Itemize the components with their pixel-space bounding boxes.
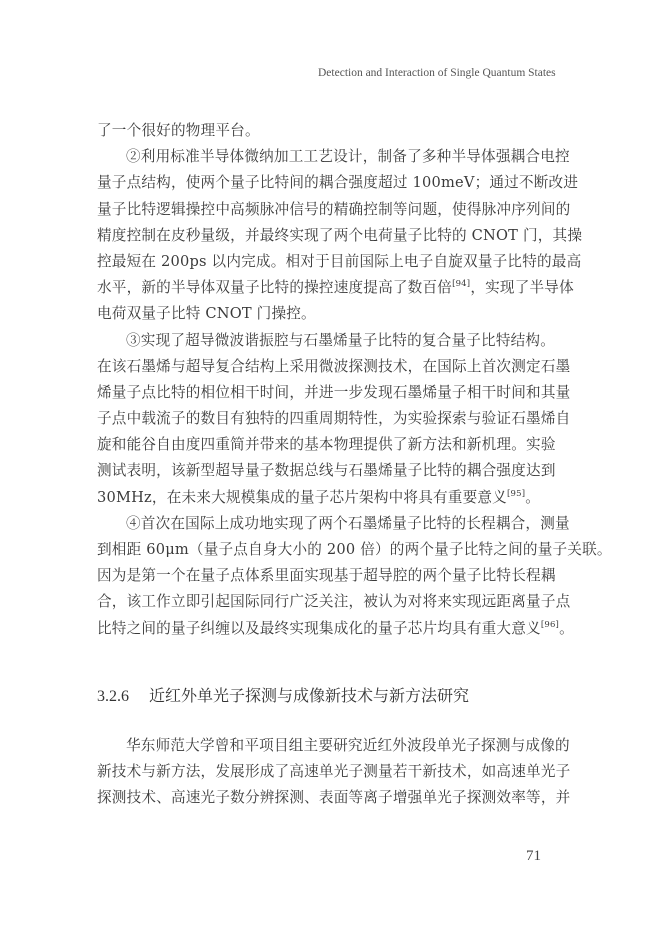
- text-line: ③实现了超导微波谐振腔与石墨烯量子比特的复合量子比特结构。: [97, 328, 553, 354]
- text-line: 测试表明，该新型超导量子数据总线与石墨烯量子比特的耦合强度达到: [97, 458, 553, 484]
- citation-94: [94]: [452, 279, 470, 289]
- citation-95: [95]: [507, 489, 525, 499]
- text-line: 烯量子点比特的相位相干时间，并进一步发现石墨烯量子相干时间和其量: [97, 380, 553, 406]
- text-line: 到相距 60μm（量子点自身大小的 200 倍）的两个量子比特之间的量子关联。: [97, 537, 553, 563]
- text-line-with-citation: 水平，新的半导体双量子比特的操控速度提高了数百倍[94]，实现了半导体: [97, 275, 553, 301]
- text-line: 旋和能谷自由度四重简并带来的基本物理提供了新方法和新机理。实验: [97, 432, 553, 458]
- text-line: ④首次在国际上成功地实现了两个石墨烯量子比特的长程耦合，测量: [97, 511, 553, 537]
- text-line: ②利用标准半导体微纳加工工艺设计，制备了多种半导体强耦合电控: [97, 144, 553, 170]
- text-segment: 30MHz，在未来大规模集成的量子芯片架构中将具有重要意义: [97, 489, 507, 506]
- section-number: 3.2.6: [97, 688, 149, 706]
- citation-96: [96]: [541, 620, 559, 630]
- text-segment: 。: [559, 620, 574, 637]
- text-line: 华东师范大学曾和平项目组主要研究近红外波段单光子探测与成像的: [97, 733, 553, 759]
- text-line: 量子比特逻辑操控中高频脉冲信号的精确控制等问题，使得脉冲序列间的: [97, 197, 553, 223]
- text-line: 量子点结构，使两个量子比特间的耦合强度超过 100meV；通过不断改进: [97, 170, 553, 196]
- text-line: 探测技术、高速光子数分辨探测、表面等离子增强单光子探测效率等，并: [97, 785, 553, 811]
- text-segment: 。: [525, 489, 540, 506]
- text-segment: 水平，新的半导体双量子比特的操控速度提高了数百倍: [97, 279, 452, 296]
- body-text: 了一个很好的物理平台。 ②利用标准半导体微纳加工工艺设计，制备了多种半导体强耦合…: [97, 118, 553, 642]
- section-title: 近红外单光子探测与成像新技术与新方法研究: [149, 686, 469, 705]
- text-line: 新技术与新方法，发展形成了高速单光子测量若干新技术，如高速单光子: [97, 759, 553, 785]
- text-segment: 比特之间的量子纠缠以及最终实现集成化的量子芯片均具有重大意义: [97, 620, 541, 637]
- text-line: 控最短在 200ps 以内完成。相对于目前国际上电子自旋双量子比特的最高: [97, 249, 553, 275]
- running-header: Detection and Interaction of Single Quan…: [318, 67, 554, 79]
- text-line: 在该石墨烯与超导复合结构上采用微波探测技术，在国际上首次测定石墨: [97, 354, 553, 380]
- text-line-with-citation: 30MHz，在未来大规模集成的量子芯片架构中将具有重要意义[95]。: [97, 485, 553, 511]
- text-line: 子点中载流子的数目有独特的四重周期特性，为实验探索与验证石墨烯自: [97, 406, 553, 432]
- text-line: 了一个很好的物理平台。: [97, 118, 553, 144]
- text-line: 合，该工作立即引起国际同行广泛关注，被认为对将来实现远距离量子点: [97, 589, 553, 615]
- text-line: 精度控制在皮秒量级，并最终实现了两个电荷量子比特的 CNOT 门，其操: [97, 223, 553, 249]
- page-number: 71: [526, 848, 541, 865]
- text-line: 电荷双量子比特 CNOT 门操控。: [97, 301, 553, 327]
- section-body: 华东师范大学曾和平项目组主要研究近红外波段单光子探测与成像的 新技术与新方法，发…: [97, 733, 553, 812]
- section-heading: 3.2.6近红外单光子探测与成像新技术与新方法研究: [97, 683, 469, 706]
- text-line: 因为是第一个在量子点体系里面实现基于超导腔的两个量子比特长程耦: [97, 563, 553, 589]
- text-segment: ，实现了半导体: [470, 279, 574, 296]
- text-line-with-citation: 比特之间的量子纠缠以及最终实现集成化的量子芯片均具有重大意义[96]。: [97, 616, 553, 642]
